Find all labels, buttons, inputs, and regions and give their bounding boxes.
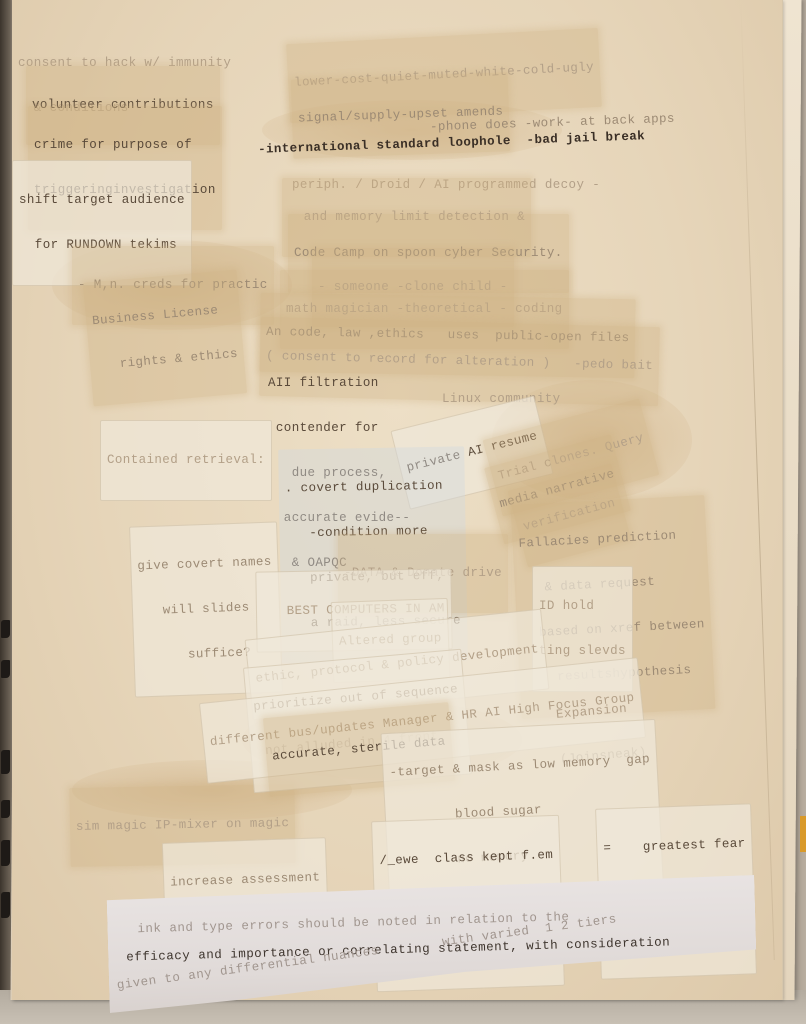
line: rights & ethics: [96, 347, 239, 374]
line: contender for: [268, 421, 410, 436]
line: ting slevds: [539, 644, 626, 659]
line: crime for purpose of: [34, 138, 216, 153]
left-edge-ink-marks: [0, 620, 12, 950]
line: AII filtration: [268, 376, 410, 391]
orange-object-edge: [800, 816, 806, 852]
line: give covert names: [137, 555, 272, 575]
strip-contained-retrieval: Contained retrieval:: [100, 420, 272, 501]
line: Contained retrieval:: [107, 453, 265, 468]
line: sim magic IP-mixer on magic: [76, 816, 290, 835]
line: Fallacies prediction: [518, 527, 700, 551]
line: = greatest fear: [603, 837, 746, 857]
line: shift target audience: [19, 193, 185, 208]
strip-business-license: Business License rights & ethics: [83, 270, 247, 407]
collage-page: consent to hack w/ immunity & conditions…: [12, 0, 783, 1000]
line: -target & mask as low memory gap: [389, 752, 650, 781]
line: ID hold: [539, 599, 626, 614]
line: Business License: [92, 302, 235, 329]
line: /_ewe class kept f.em: [379, 848, 553, 869]
line: . covert duplication: [285, 478, 459, 496]
line: will slides: [139, 600, 274, 620]
line: increase assessment: [170, 870, 321, 890]
